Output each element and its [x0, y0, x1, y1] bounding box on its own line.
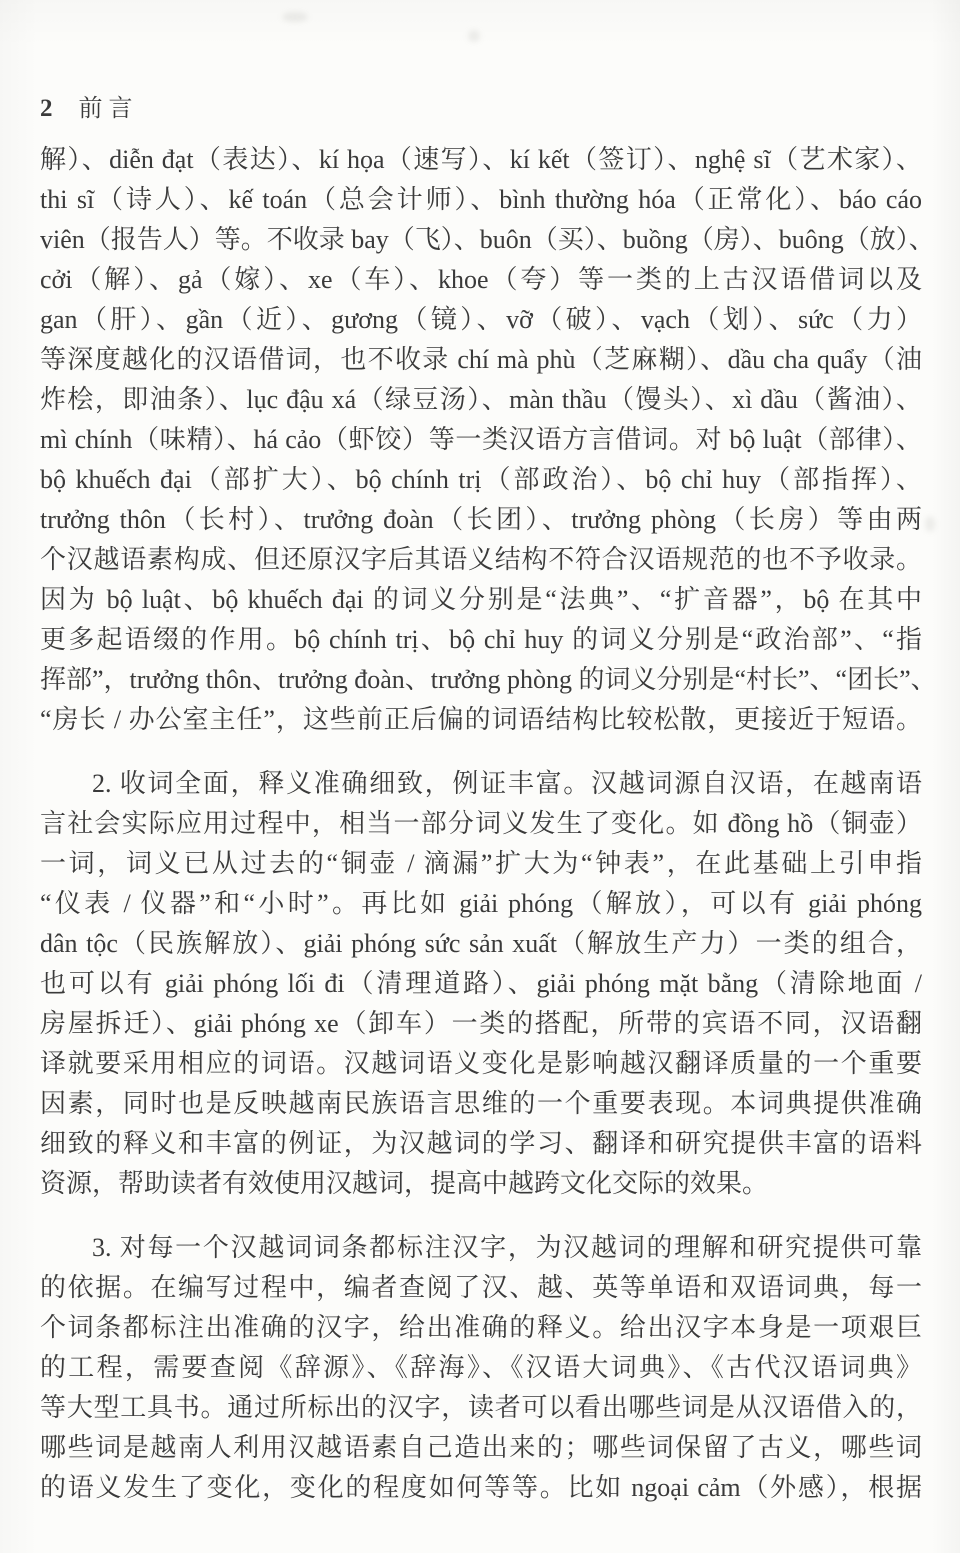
text-line: thi sĩ（诗人）、kế toán（总会计师）、bình thường hóa… — [40, 180, 922, 220]
text-line: viên（报告人）等。不收录 bay（飞）、buôn（买）、buồng（房）、b… — [40, 220, 922, 260]
text-line: 个词条都标注出准确的汉字，给出准确的释义。给出汉字本身是一项艰巨 — [40, 1308, 922, 1348]
text-line: 一词，词义已从过去的“铜壶 / 滴漏”扩大为“钟表”，在此基础上引申指 — [40, 844, 922, 884]
text-line: bộ khuếch đại（部扩大）、bộ chính trị（部政治）、bộ … — [40, 460, 922, 500]
text-line: mì chính（味精）、há cảo（虾饺）等一类汉语方言借词。对 bộ lu… — [40, 420, 922, 460]
text-line: 因素，同时也是反映越南民族语言思维的一个重要表现。本词典提供准确 — [40, 1084, 922, 1124]
text-line: 等深度越化的汉语借词，也不收录 chí mà phù（芝麻糊）、dầu cha … — [40, 340, 922, 380]
text-line: 等大型工具书。通过所标出的汉字，读者可以看出哪些词是从汉语借入的， — [40, 1388, 922, 1428]
page-body: 解）、diễn đạt（表达）、kí họa（速写）、kí kết（签订）、ng… — [40, 140, 922, 1508]
page-header: 2前言 — [40, 94, 922, 124]
section-title: 前言 — [79, 96, 139, 122]
text-line: 个汉越语素构成、但还原汉字后其语义结构不符合汉语规范的也不予收录。 — [40, 540, 922, 580]
text-line: 因为 bộ luật、bộ khuếch đại 的词义分别是“法典”、“扩音器… — [40, 580, 922, 620]
text-line: 也可以有 giải phóng lối đi（清理道路）、giải phóng … — [40, 964, 922, 1004]
text-line: 3. 对每一个汉越词词条都标注汉字，为汉越词的理解和研究提供可靠 — [40, 1228, 922, 1268]
text-line: cởi（解）、gả（嫁）、xe（车）、khoe（夸）等一类的上古汉语借词以及 — [40, 260, 922, 300]
text-line: 更多起语缀的作用。bộ chính trị、bộ chỉ huy 的词义分别是“… — [40, 620, 922, 660]
paragraph-1-continuation: 解）、diễn đạt（表达）、kí họa（速写）、kí kết（签订）、ng… — [40, 140, 922, 740]
scan-artifact — [468, 30, 480, 42]
scan-artifact — [282, 12, 308, 22]
text-line: 资源，帮助读者有效使用汉越词，提高中越跨文化交际的效果。 — [40, 1164, 922, 1204]
text-line: 炸桧，即油条）、lục đậu xá（绿豆汤）、màn thầu（馒头）、xì … — [40, 380, 922, 420]
text-line: 的语义发生了变化，变化的程度如何等等。比如 ngoại cảm（外感），根据 — [40, 1468, 922, 1508]
scan-artifact — [925, 516, 935, 532]
text-line: trưởng thôn（长村）、trưởng đoàn（长团）、trưởng p… — [40, 500, 922, 540]
text-line: 解）、diễn đạt（表达）、kí họa（速写）、kí kết（签订）、ng… — [40, 140, 922, 180]
paragraph-3: 3. 对每一个汉越词词条都标注汉字，为汉越词的理解和研究提供可靠 的依据。在编写… — [40, 1228, 922, 1508]
book-page: 2前言 解）、diễn đạt（表达）、kí họa（速写）、kí kết（签订… — [0, 0, 960, 1553]
text-line: 言社会实际应用过程中，相当一部分词义发生了变化。如 đồng hồ（铜壶） — [40, 804, 922, 844]
text-line: 细致的释义和丰富的例证，为汉越词的学习、翻译和研究提供丰富的语料 — [40, 1124, 922, 1164]
text-line: 的依据。在编写过程中，编者查阅了汉、越、英等单语和双语词典，每一 — [40, 1268, 922, 1308]
page-number: 2 — [40, 95, 53, 122]
text-line: 挥部”，trưởng thôn、trưởng đoàn、trưởng phòng… — [40, 660, 922, 700]
paragraph-2: 2. 收词全面，释义准确细致，例证丰富。汉越词源自汉语，在越南语 言社会实际应用… — [40, 764, 922, 1204]
text-line: 的工程，需要查阅《辞源》、《辞海》、《汉语大词典》、《古代汉语词典》 — [40, 1348, 922, 1388]
text-line: 2. 收词全面，释义准确细致，例证丰富。汉越词源自汉语，在越南语 — [40, 764, 922, 804]
text-line: gan（肝）、gần（近）、gương（镜）、vỡ（破）、vạch（划）、sức… — [40, 300, 922, 340]
text-line: 哪些词是越南人利用汉越语素自己造出来的；哪些词保留了古义，哪些词 — [40, 1428, 922, 1468]
text-line: “房长 / 办公室主任”，这些前正后偏的词语结构比较松散，更接近于短语。 — [40, 700, 922, 740]
text-line: 房屋拆迁）、giải phóng xe（卸车）一类的搭配，所带的宾语不同，汉语翻 — [40, 1004, 922, 1044]
text-line: 译就要采用相应的词语。汉越词语义变化是影响越汉翻译质量的一个重要 — [40, 1044, 922, 1084]
text-line: dân tộc（民族解放）、giải phóng sức sản xuất（解放… — [40, 924, 922, 964]
text-line: “仪表 / 仪器”和“小时”。再比如 giải phóng（解放），可以有 gi… — [40, 884, 922, 924]
